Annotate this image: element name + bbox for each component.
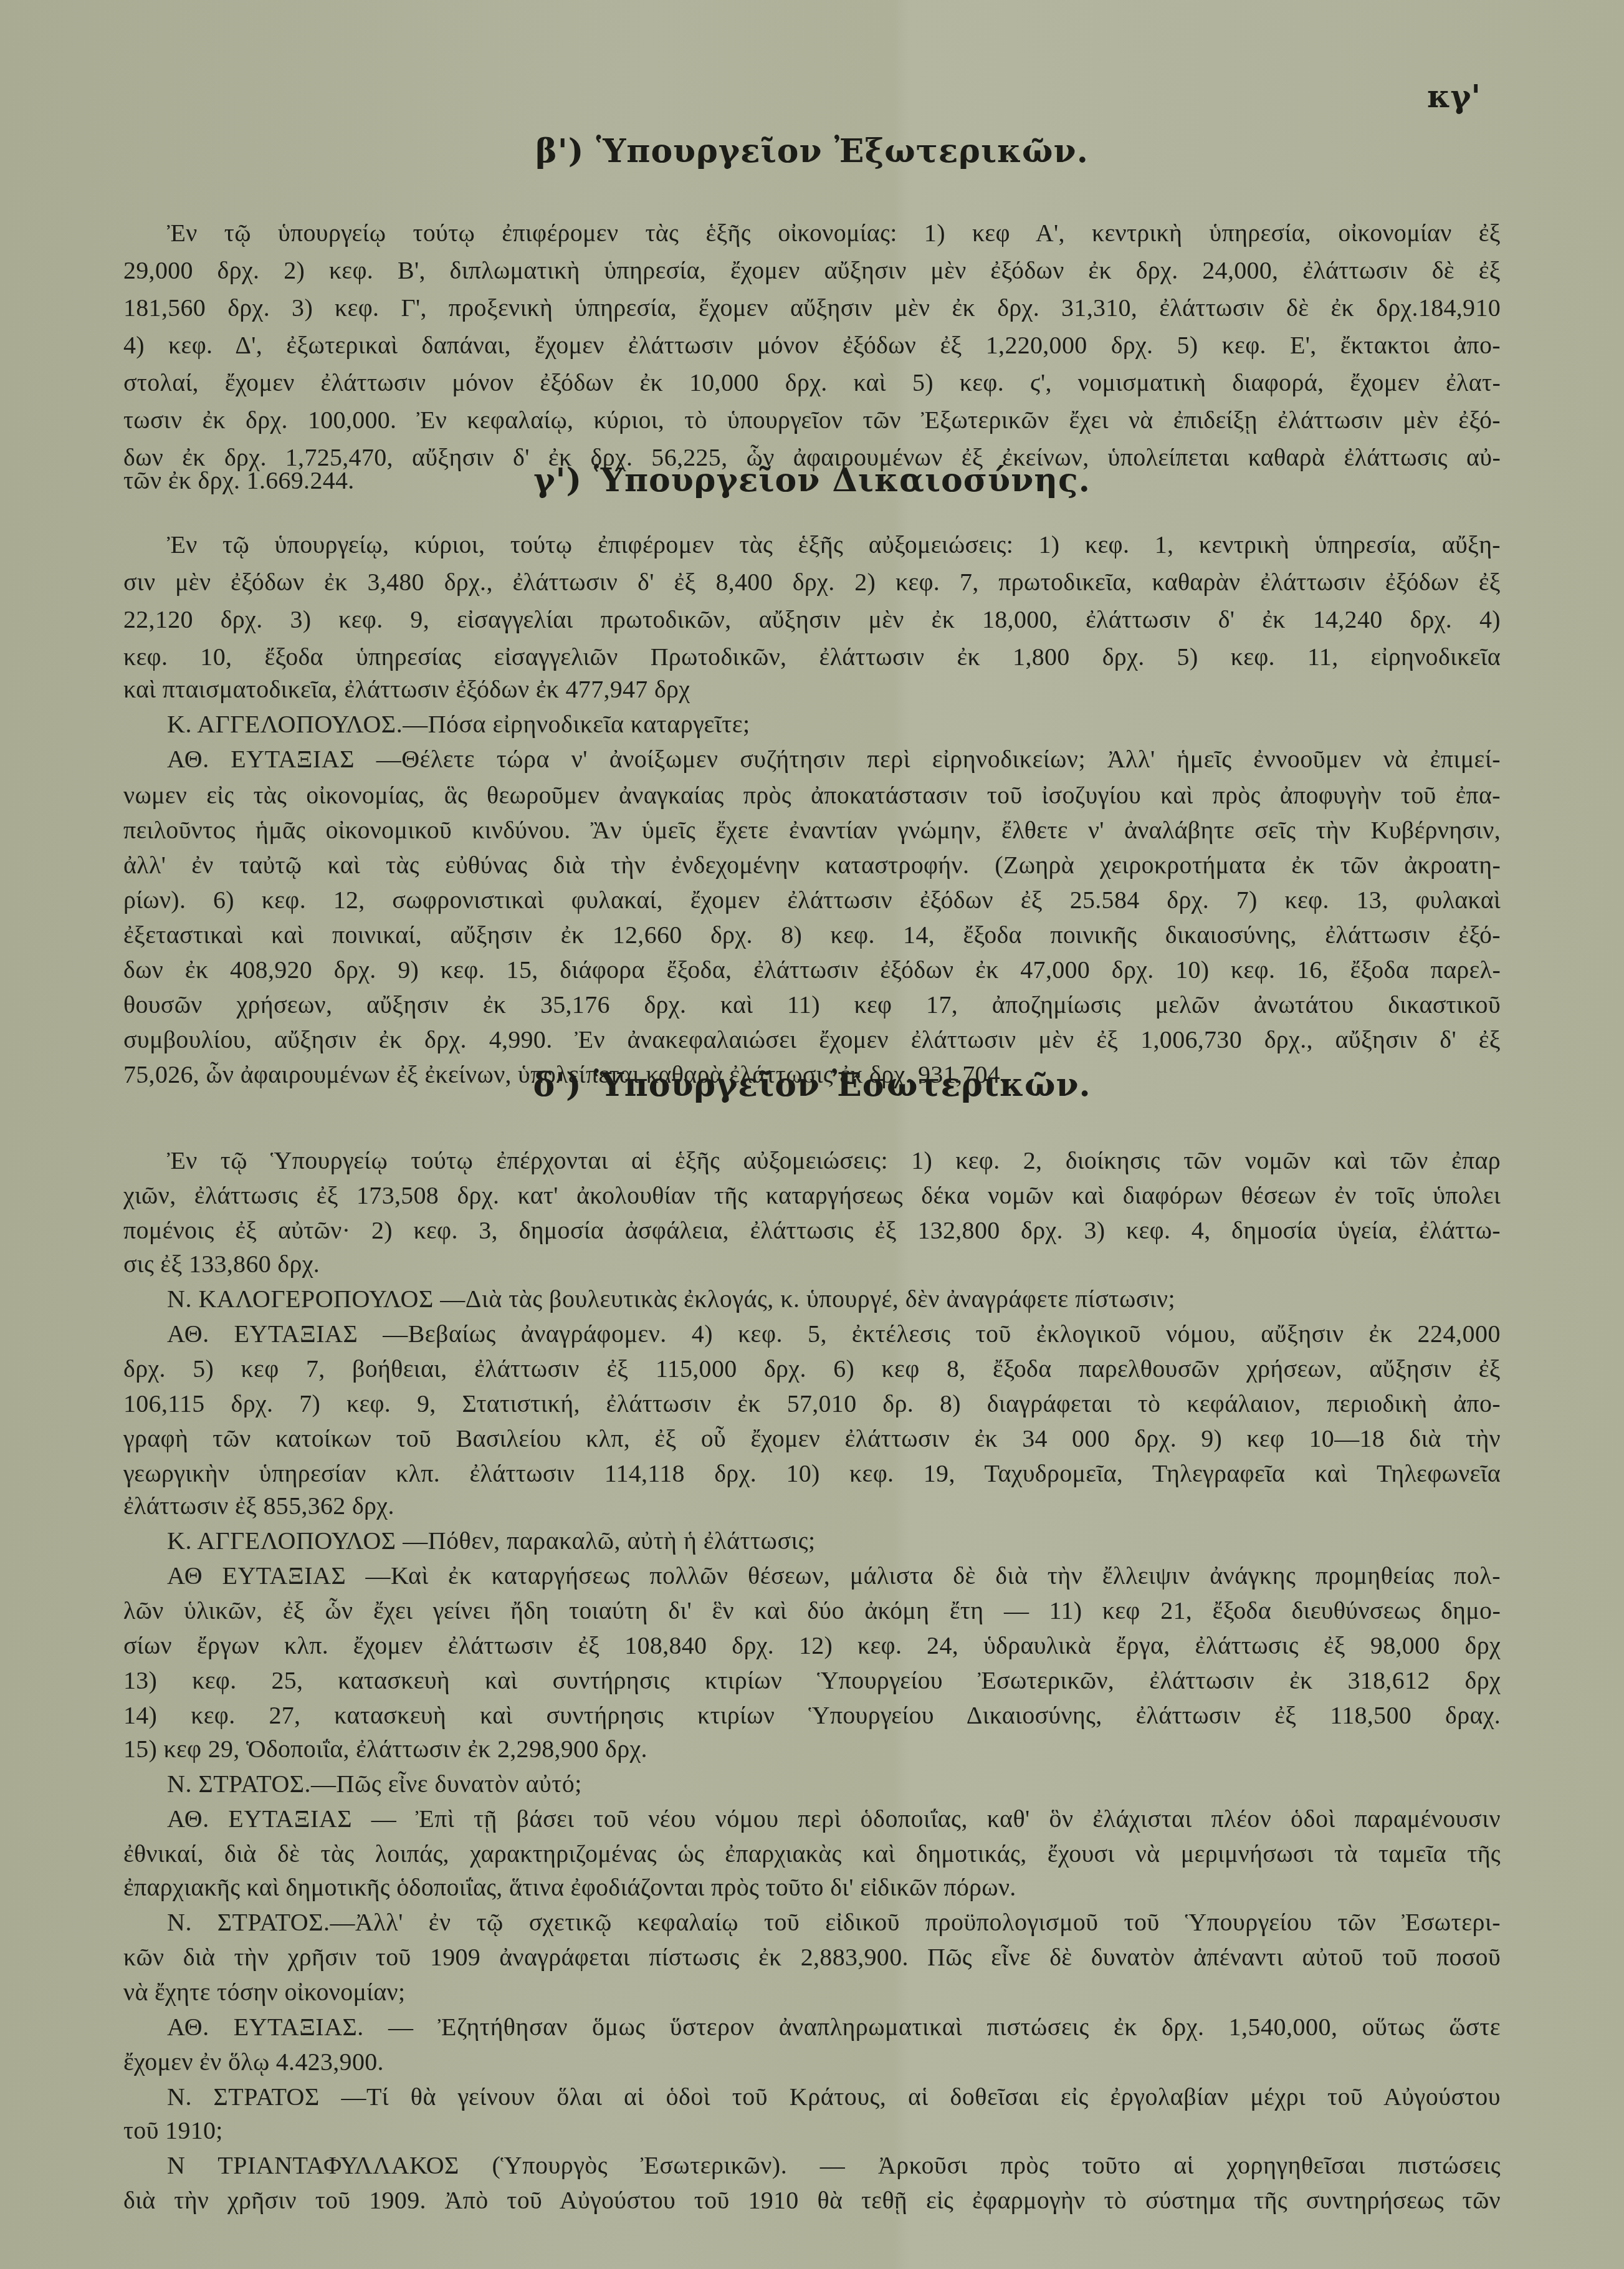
text-line: 15) κεφ 29, Ὁδοποιΐα, ἐλάττωσιν ἐκ 2,298… <box>123 1733 1501 1765</box>
text-line: γραφὴ τῶν κατοίκων τοῦ Βασιλείου κλπ, ἐξ… <box>123 1422 1501 1455</box>
text-line: 22,120 δρχ. 3) κεφ. 9, εἰσαγγελίαι πρωτο… <box>123 603 1501 636</box>
text-line: τοῦ 1910; <box>123 2114 1501 2147</box>
page-number: κγ' <box>1427 78 1481 115</box>
speaker-line: ΑΘ. ΕΥΤΑΞΙΑΣ —Βεβαίως ἀναγράφομεν. 4) κε… <box>167 1318 1501 1350</box>
text-line: ρίων). 6) κεφ. 12, σωφρονιστικαὶ φυλακαί… <box>123 884 1501 916</box>
speaker-line: Κ. ΑΓΓΕΛΟΠΟΥΛΟΣ.—Πόσα εἰρηνοδικεῖα καταρ… <box>167 708 1501 741</box>
speaker-line: Κ. ΑΓΓΕΛΟΠΟΥΛΟΣ —Πόθεν, παρακαλῶ, αὐτὴ ἡ… <box>167 1525 1501 1557</box>
text-line: 4) κεφ. Δ', ἐξωτερικαὶ δαπάναι, ἔχομεν ἐ… <box>123 329 1501 362</box>
speaker-line: ΑΘ ΕΥΤΑΞΙΑΣ —Καὶ ἐκ καταργήσεως πολλῶν θ… <box>167 1560 1501 1592</box>
text-line: 13) κεφ. 25, κατασκευὴ καὶ συντήρησις κτ… <box>123 1664 1501 1697</box>
text-line: χιῶν, ἐλάττωσις ἐξ 173,508 δρχ. κατ' ἀκο… <box>123 1179 1501 1212</box>
speaker-line: ΑΘ. ΕΥΤΑΞΙΑΣ — Ἐπὶ τῇ βάσει τοῦ νέου νόμ… <box>167 1803 1501 1835</box>
text-line: σις ἐξ 133,860 δρχ. <box>123 1248 1501 1280</box>
text-line: Ἐν τῷ ὑπουργείῳ τούτῳ ἐπιφέρομεν τὰς ἑξῆ… <box>167 217 1501 249</box>
text-line: νωμεν εἰς τὰς οἰκονομίας, ἃς θεωροῦμεν ἀ… <box>123 779 1501 812</box>
text-line: συμβουλίου, αὔξησιν ἐκ δρχ. 4,990. Ἐν ἀν… <box>123 1024 1501 1056</box>
section-heading-interior: δ') Ὑπουργεῖον Ἐσωτερικῶν. <box>0 1066 1624 1104</box>
text-line: καὶ πταισματοδικεῖα, ἐλάττωσιν ἐξόδων ἐκ… <box>123 673 1501 706</box>
speaker-line: Ν. ΣΤΡΑΤΟΣ —Τί θὰ γείνουν ὅλαι αἱ ὁδοὶ τ… <box>167 2081 1501 2113</box>
speaker-line: Ν ΤΡΙΑΝΤΑΦΥΛΛΑΚΟΣ (Ὑπουργὸς Ἐσωτερικῶν).… <box>167 2149 1501 2182</box>
text-line: πομένοις ἐξ αὐτῶν· 2) κεφ. 3, δημοσία ἀσ… <box>123 1214 1501 1247</box>
speaker-line: Ν. ΣΤΡΑΤΟΣ.—Πῶς εἶνε δυνατὸν αὐτό; <box>167 1768 1501 1800</box>
speaker-line: Ν. ΚΑΛΟΓΕΡΟΠΟΥΛΟΣ —Διὰ τὰς βουλευτικὰς ἐ… <box>167 1283 1501 1315</box>
text-line: ἔχομεν ἐν ὅλῳ 4.423,900. <box>123 2046 1501 2078</box>
text-line: διὰ τὴν χρῆσιν τοῦ 1909. Ἀπὸ τοῦ Αὐγούστ… <box>123 2184 1501 2217</box>
text-line: κῶν διὰ τὴν χρῆσιν τοῦ 1909 ἀναγράφεται … <box>123 1941 1501 1974</box>
section-heading-justice: γ') Ὑπουργεῖον Δικαιοσύνης. <box>0 461 1624 499</box>
speaker-line: ΑΘ. ΕΥΤΑΞΙΑΣ —Θέλετε τώρα ν' ἀνοίξωμεν σ… <box>167 743 1501 775</box>
speaker-line: ΑΘ. ΕΥΤΑΞΙΑΣ. — Ἐζητήθησαν ὅμως ὕστερον … <box>167 2011 1501 2043</box>
section-heading-foreign-affairs: β') Ὑπουργεῖον Ἐξωτερικῶν. <box>0 132 1624 170</box>
text-line: γεωργικὴν ὑπηρεσίαν κλπ. ἐλάττωσιν 114,1… <box>123 1457 1501 1490</box>
text-line: 14) κεφ. 27, κατασκευὴ καὶ συντήρησις κτ… <box>123 1699 1501 1732</box>
text-line: ἀλλ' ἐν ταὐτῷ καὶ τὰς εὐθύνας διὰ τὴν ἐν… <box>123 849 1501 881</box>
text-line: τωσιν ἐκ δρχ. 100,000. Ἐν κεφαλαίῳ, κύρι… <box>123 404 1501 436</box>
text-line: σίων ἔργων κλπ. ἔχομεν ἐλάττωσιν ἐξ 108,… <box>123 1629 1501 1662</box>
text-line: ἐλάττωσιν ἐξ 855,362 δρχ. <box>123 1490 1501 1522</box>
text-line: ἐξεταστικαὶ καὶ ποινικαί, αὔξησιν ἐκ 12,… <box>123 919 1501 951</box>
text-line: σιν μὲν ἐξόδων ἐκ 3,480 δρχ., ἐλάττωσιν … <box>123 566 1501 598</box>
speaker-line: Ν. ΣΤΡΑΤΟΣ.—Ἀλλ' ἐν τῷ σχετικῷ κεφαλαίῳ … <box>167 1906 1501 1939</box>
text-line: Ἐν τῷ Ὑπουργείῳ τούτῳ ἐπέρχονται αἱ ἑξῆς… <box>167 1144 1501 1177</box>
text-line: πειλοῦντος ἡμᾶς οἰκονομικοῦ κινδύνου. Ἂν… <box>123 814 1501 847</box>
text-line: 29,000 δρχ. 2) κεφ. Β', διπλωματικὴ ὑπηρ… <box>123 254 1501 287</box>
text-line: Ἐν τῷ ὑπουργείῳ, κύριοι, τούτῳ ἐπιφέρομε… <box>167 529 1501 561</box>
text-line: ἐθνικαί, διὰ δὲ τὰς λοιπάς, χαρακτηριζομ… <box>123 1838 1501 1870</box>
text-line: δρχ. 5) κεφ 7, βοήθειαι, ἐλάττωσιν ἐξ 11… <box>123 1353 1501 1385</box>
text-line: λῶν ὑλικῶν, ἐξ ὧν ἔχει γείνει ἤδη τοιαύτ… <box>123 1595 1501 1627</box>
text-line: κεφ. 10, ἔξοδα ὑπηρεσίας εἰσαγγελιῶν Πρω… <box>123 641 1501 673</box>
text-line: 181,560 δρχ. 3) κεφ. Γ', προξενικὴ ὑπηρε… <box>123 292 1501 324</box>
text-line: δων ἐκ 408,920 δρχ. 9) κεφ. 15, διάφορα … <box>123 954 1501 986</box>
text-line: νὰ ἔχητε τόσην οἰκονομίαν; <box>123 1976 1501 2008</box>
text-line: στολαί, ἔχομεν ἐλάττωσιν μόνον ἐξόδων ἐκ… <box>123 367 1501 399</box>
text-line: 106,115 δρχ. 7) κεφ. 9, Στατιστική, ἐλάτ… <box>123 1388 1501 1420</box>
text-line: ἐπαρχιακῆς καὶ δημοτικῆς ὁδοποιΐας, ἅτιν… <box>123 1871 1501 1904</box>
text-line: θουσῶν χρήσεων, αὔξησιν ἐκ 35,176 δρχ. κ… <box>123 989 1501 1021</box>
